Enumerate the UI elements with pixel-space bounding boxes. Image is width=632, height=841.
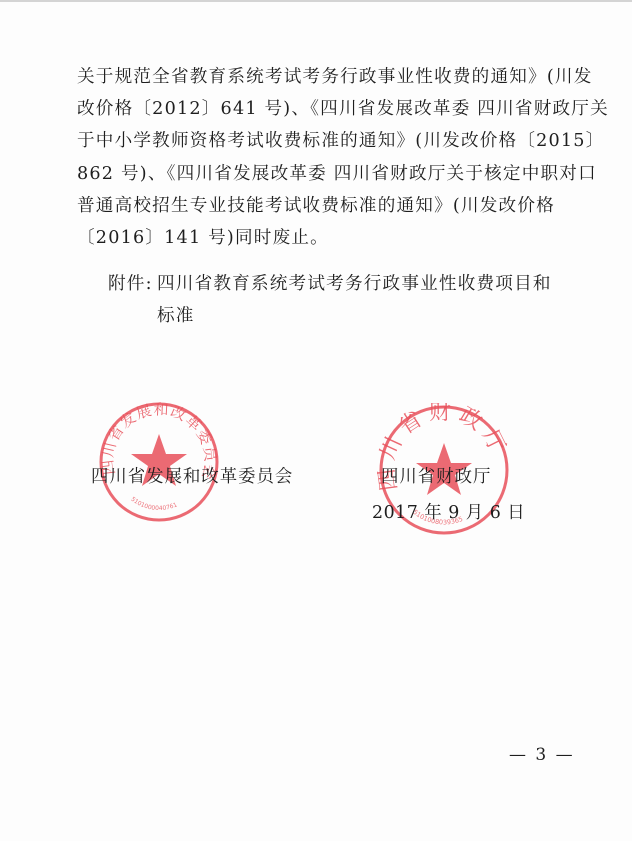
attachment-label: 附件: (108, 268, 157, 300)
body-line: 普通高校招生专业技能考试收费标准的通知》(川发改价格 (77, 190, 563, 222)
body-paragraph: 关于规范全省教育系统考试考务行政事业性收费的通知》(川发 改价格〔2012〕64… (77, 61, 563, 254)
attachment-note: 附件:四川省教育系统考试考务行政事业性收费项目和 标准 (108, 268, 552, 332)
body-line: 改价格〔2012〕641 号)、《四川省发展改革委 四川省财政厅关 (77, 93, 563, 125)
body-line: 于中小学教师资格考试收费标准的通知》(川发改价格〔2015〕 (77, 125, 563, 157)
signature-right-org: 四川省财政厅 (381, 462, 491, 487)
body-line: 862 号)、《四川省发展改革委 四川省财政厅关于核定中职对口 (77, 158, 563, 190)
signature-date: 2017 年 9 月 6 日 (372, 498, 525, 523)
attachment-title: 四川省教育系统考试考务行政事业性收费项目和 (157, 274, 552, 294)
body-line: 〔2016〕141 号)同时废止。 (77, 222, 563, 254)
signature-left-org: 四川省发展和改革委员会 (91, 462, 293, 487)
attachment-title-cont: 标准 (108, 300, 552, 332)
page-top-edge (0, 0, 632, 2)
body-line: 关于规范全省教育系统考试考务行政事业性收费的通知》(川发 (77, 61, 563, 93)
page-number: — 3 — (509, 745, 575, 765)
svg-text:5101000040761: 5101000040761 (129, 496, 178, 512)
